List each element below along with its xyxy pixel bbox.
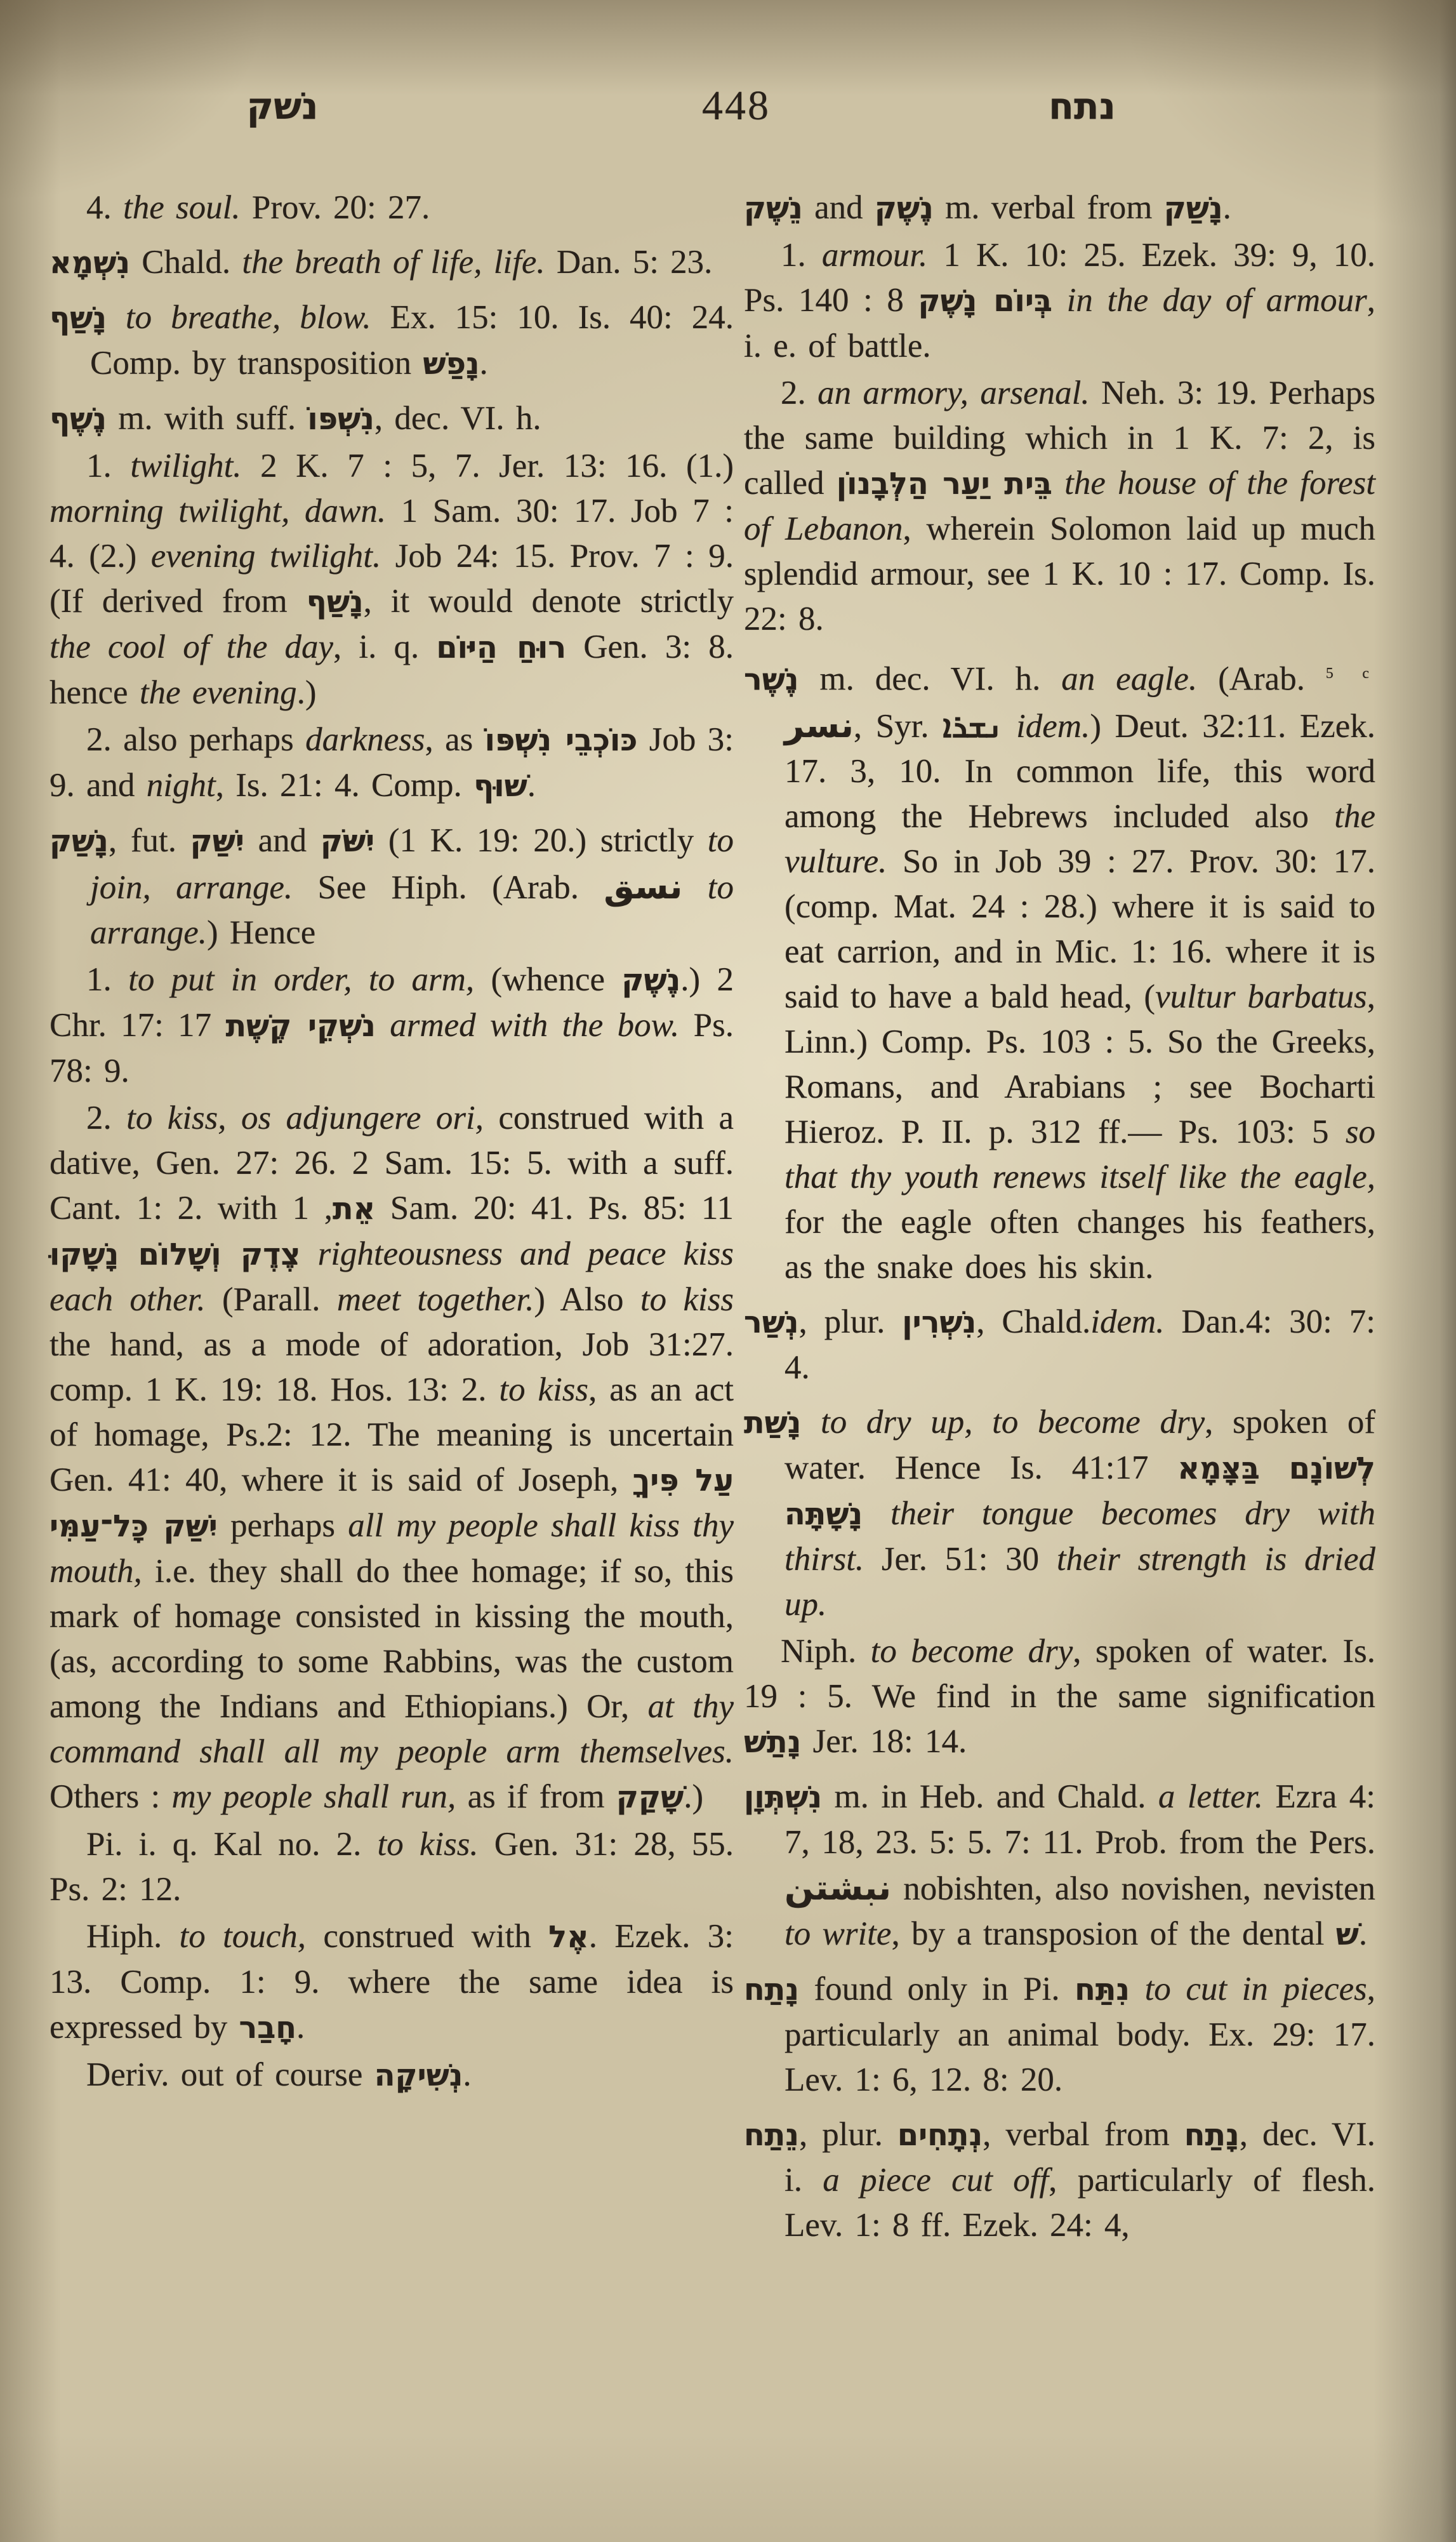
body-text: , Is. 21: 4. Comp.	[216, 767, 473, 804]
body-text: Jer. 18: 14.	[801, 1723, 967, 1760]
body-text: , plur.	[798, 1303, 902, 1340]
italic-text: to breathe, blow.	[126, 299, 371, 336]
hebrew-text: נְשִׁיקָה	[374, 2058, 463, 2093]
italic-text: idem.	[1016, 708, 1090, 745]
paragraph: Hiph. to touch, construed with אֶל. Ezek…	[50, 1914, 734, 2051]
body-text	[1130, 1971, 1145, 2007]
body-text: m. verbal from	[934, 189, 1164, 226]
body-text: as if from	[456, 1778, 616, 1815]
hebrew-text: רוּחַ הַיּוֹם	[436, 630, 566, 665]
body-text: (1 K. 19: 20.) strictly	[374, 822, 708, 859]
italic-text: to become dry	[871, 1633, 1073, 1670]
body-text: 2.	[86, 1100, 126, 1136]
italic-text: to kiss, os adjungere ori,	[126, 1100, 484, 1136]
paragraph: נִשְׁמָא Chald. the breath of life, life…	[50, 240, 734, 286]
hebrew-text: נֵשֶׁק	[744, 191, 803, 226]
page-number: 448	[702, 85, 771, 127]
paragraph: 4. the soul. Prov. 20: 27.	[50, 185, 734, 230]
body-text: Prov. 20: 27.	[241, 189, 430, 226]
body-text: found only in Pi.	[799, 1971, 1075, 2007]
italic-text: darkness	[305, 721, 425, 758]
body-text: (Parall.	[206, 1281, 337, 1318]
paragraph: נֵתַח, plur. נְתָחִים, verbal from נָתַח…	[744, 2112, 1375, 2248]
text-column-left: 4. the soul. Prov. 20: 27.נִשְׁמָא Chald…	[50, 185, 734, 2098]
paragraph: נָשַׁף to breathe, blow. Ex. 15: 10. Is.…	[50, 295, 734, 387]
hebrew-text: נָשַׁק	[1164, 191, 1223, 226]
italic-text: to kiss	[640, 1281, 734, 1318]
italic-text: to write	[784, 1915, 891, 1952]
body-text: .	[296, 2009, 305, 2046]
italic-text: evening twilight.	[151, 538, 381, 575]
paragraph: נֶשֶׁר m. dec. VI. h. an eagle. (Arab. 5…	[744, 651, 1375, 1290]
body-text: Deriv. out of course	[86, 2056, 374, 2093]
paragraph: 2. also perhaps darkness, as כּוֹכְבֵי נ…	[50, 717, 734, 809]
italic-text: to kiss	[499, 1371, 588, 1408]
body-text: .	[463, 2056, 471, 2093]
hebrew-text: נָתַשׁ	[744, 1725, 801, 1760]
italic-text: to kiss.	[378, 1826, 479, 1863]
arabic-text: نبشتن	[784, 1868, 891, 1908]
body-text	[801, 1404, 821, 1441]
hebrew-text: אֶל	[548, 1920, 589, 1955]
italic-text: armour.	[822, 237, 927, 274]
hebrew-text: בֵּית יַעַר הַלְּבָנוֹן	[837, 467, 1052, 502]
italic-text: to dry up, to become dry	[821, 1404, 1205, 1441]
hebrew-text: נֶשֶׁר	[744, 663, 798, 698]
hebrew-text: יִשַּׁק	[190, 824, 244, 859]
body-text: Chald.	[130, 244, 242, 281]
body-text	[300, 1235, 317, 1272]
paragraph: 2. an armory, arsenal. Neh. 3: 19. Perha…	[744, 371, 1375, 642]
body-text	[1052, 465, 1064, 502]
body-text: , dec. VI. h.	[374, 400, 541, 437]
paragraph: Niph. to become dry, spoken of water. Is…	[744, 1629, 1375, 1765]
body-text: See Hiph. (Arab.	[293, 869, 604, 906]
body-text: 2. also perhaps	[86, 721, 305, 758]
body-text: 1.	[86, 448, 130, 484]
hebrew-text: נִשְׁתְּוָן	[744, 1780, 822, 1815]
page-header: נשׁק 448 נתח	[0, 76, 1456, 159]
paragraph: נָתַח found only in Pi. נִתַּח to cut in…	[744, 1967, 1375, 2103]
body-text: i.e. they shall do thee homage; if so, t…	[50, 1553, 734, 1725]
hebrew-text: יִשֹּׁק	[321, 824, 374, 859]
hebrew-text: לְשׁוֹנָם	[1289, 1451, 1375, 1486]
body-text	[1003, 708, 1017, 745]
italic-text: the breath of life, life.	[242, 244, 545, 281]
italic-text: idem.	[1090, 1303, 1164, 1340]
hebrew-text: נְתָחִים	[897, 2118, 983, 2153]
body-text	[376, 1007, 390, 1044]
italic-text: in the day of armour	[1067, 282, 1367, 319]
body-text: Pi. i. q. Kal no. 2.	[86, 1826, 378, 1863]
text-column-right: נֵשֶׁק and נֶשֶׁק m. verbal from נָשַׁק.…	[744, 185, 1375, 2248]
body-text: .	[527, 767, 536, 804]
body-text: , verbal from	[983, 2116, 1184, 2153]
body-text: ) Also	[534, 1281, 640, 1318]
paragraph: 1. twilight. 2 K. 7 : 5, 7. Jer. 13: 16.…	[50, 444, 734, 715]
hebrew-text: נָפַשׁ	[423, 347, 479, 382]
paragraph: 1. armour. 1 K. 10: 25. Ezek. 39: 9, 10.…	[744, 233, 1375, 369]
hebrew-text: נְשַׁר	[744, 1305, 798, 1340]
paragraph: נָשַׁק, fut. יִשַּׁק and יִשֹּׁק (1 K. 1…	[50, 818, 734, 955]
body-text: perhaps	[218, 1507, 348, 1544]
body-text: .	[1223, 189, 1231, 226]
body-text: .)	[297, 674, 317, 711]
hebrew-text: שׁ	[1336, 1917, 1359, 1952]
body-text: Others :	[50, 1778, 172, 1815]
hebrew-text: חָבַר	[239, 2011, 296, 2046]
body-text: (whence	[474, 961, 621, 998]
italic-text: my people shall run,	[172, 1778, 456, 1815]
body-text	[682, 869, 707, 906]
body-text: , by a transposion of the dental	[891, 1915, 1335, 1952]
body-text: 1.	[781, 237, 822, 274]
body-text: (Arab.	[1197, 661, 1326, 698]
italic-text: armed with the bow.	[390, 1007, 679, 1044]
body-text: for the eagle often changes his feathers…	[784, 1204, 1375, 1286]
body-text: and	[803, 189, 875, 226]
hebrew-text: נָשַׁק	[50, 824, 109, 859]
body-text: .)	[684, 1778, 703, 1815]
paragraph: נָשַׁת to dry up, to become dry, spoken …	[744, 1400, 1375, 1627]
book-page-scan: נשׁק 448 נתח 4. the soul. Prov. 20: 27.נ…	[0, 0, 1456, 2542]
hebrew-text: נִשְׁפּוֹ	[307, 402, 374, 437]
body-text	[1052, 282, 1067, 319]
body-text: construed with	[306, 1918, 548, 1955]
italic-text: the evening	[140, 674, 297, 711]
body-text: , i. q.	[333, 629, 436, 665]
body-text: m. in Heb. and Chald.	[822, 1778, 1158, 1815]
body-text: ) Hence	[207, 914, 315, 951]
hebrew-text: נָשַׁף	[307, 585, 364, 620]
body-text: 1.	[86, 961, 128, 998]
hebrew-text: נִשְׁמָא	[50, 246, 130, 281]
hebrew-text: נִשְׁרִין	[902, 1305, 976, 1340]
body-text: 4.	[86, 189, 123, 226]
italic-text: the cool of the day	[50, 629, 333, 665]
italic-text: to touch,	[180, 1918, 307, 1955]
body-text: 2 K. 7 : 5, 7. Jer. 13: 16. (1.)	[242, 448, 734, 484]
hebrew-text: נֶשֶׁף	[50, 402, 107, 437]
syriac-text: ܢܫܪܐ	[943, 707, 1002, 745]
body-text: .	[1359, 1915, 1367, 1952]
paragraph: Pi. i. q. Kal no. 2. to kiss. Gen. 31: 2…	[50, 1822, 734, 1912]
body-text	[107, 299, 126, 336]
italic-text: vultur barbatus	[1155, 978, 1367, 1015]
italic-text: a piece cut off	[823, 2162, 1049, 2199]
body-text: , as	[425, 721, 485, 758]
paragraph: 1. to put in order, to arm, (whence נֶשֶ…	[50, 957, 734, 1094]
italic-text: an eagle.	[1061, 661, 1197, 698]
body-text: , it would denote strictly	[364, 583, 734, 620]
body-text: Dan. 5: 23.	[545, 244, 713, 281]
italic-text: a letter.	[1158, 1778, 1263, 1815]
hebrew-text: נֹשְׁקֵי קֶשֶׁת	[225, 1009, 375, 1044]
body-text: , Chald.	[976, 1303, 1090, 1340]
italic-text: to put in order, to arm,	[128, 961, 474, 998]
body-text	[863, 1495, 890, 1532]
paragraph: נְשַׁר, plur. נִשְׁרִין, Chald.idem. Dan…	[744, 1300, 1375, 1390]
italic-text: meet together.	[337, 1281, 534, 1318]
paragraph: נֵשֶׁק and נֶשֶׁק m. verbal from נָשַׁק.	[744, 185, 1375, 231]
hebrew-text: נֶשֶׁק	[621, 963, 680, 998]
body-text	[1260, 1449, 1289, 1486]
paragraph: Deriv. out of course נְשִׁיקָה.	[50, 2053, 734, 2098]
body-text: m. with suff.	[107, 400, 307, 437]
italic-text: night	[147, 767, 216, 804]
hebrew-text: שׁוּף	[473, 769, 527, 804]
body-text: Niph.	[781, 1633, 871, 1670]
body-text: .	[480, 345, 488, 382]
body-text: nobishten, also novishen, nevisten	[891, 1870, 1375, 1907]
hebrew-text: אֵת	[333, 1192, 375, 1227]
hebrew-text: נָשַׁת	[744, 1406, 801, 1441]
hebrew-text: שָׁקַק	[616, 1780, 684, 1815]
hebrew-text: כּוֹכְבֵי נִשְׁפּוֹ	[485, 723, 638, 758]
hebrew-text: נָתַח	[744, 1973, 799, 2007]
hebrew-text: נָתַח	[1184, 2118, 1240, 2153]
hebrew-text: נֶשֶׁק	[875, 191, 934, 226]
hebrew-text: בְּיוֹם נָשֶׁק	[918, 284, 1052, 319]
body-text: Hiph.	[86, 1918, 180, 1955]
italic-text: morning twilight, dawn.	[50, 493, 386, 529]
body-text: , fut.	[109, 822, 190, 859]
italic-text: twilight.	[130, 448, 241, 484]
body-text: Jer. 51: 30	[864, 1541, 1057, 1578]
body-text: and	[244, 822, 321, 859]
hebrew-text: נֵתַח	[744, 2118, 799, 2153]
paragraph: נֶשֶׁף m. with suff. נִשְׁפּוֹ, dec. VI.…	[50, 396, 734, 442]
italic-text: the soul.	[123, 189, 241, 226]
hebrew-text: צֶדֶק וְשָׁלוֹם נָשָׁקוּ	[50, 1237, 300, 1272]
hebrew-text: נָשַׁף	[50, 301, 107, 336]
note-text: 5 c	[1326, 665, 1375, 682]
paragraph: 2. to kiss, os adjungere ori, construed …	[50, 1096, 734, 1820]
italic-text: to cut in pieces	[1145, 1971, 1367, 2007]
header-word-left: נשׁק	[247, 88, 319, 124]
body-text: m. dec. VI. h.	[798, 661, 1061, 698]
paragraph: נִשְׁתְּוָן m. in Heb. and Chald. a lett…	[744, 1774, 1375, 1957]
body-text: , plur.	[799, 2116, 897, 2153]
header-word-right: נתח	[1049, 88, 1116, 124]
italic-text: an armory, arsenal.	[817, 375, 1089, 411]
body-text: 2.	[781, 375, 817, 411]
body-text: , Syr.	[854, 708, 943, 745]
arabic-text: نسر	[784, 705, 854, 745]
arabic-text: نسق	[604, 867, 682, 907]
hebrew-text: נִתַּח	[1075, 1973, 1130, 2007]
